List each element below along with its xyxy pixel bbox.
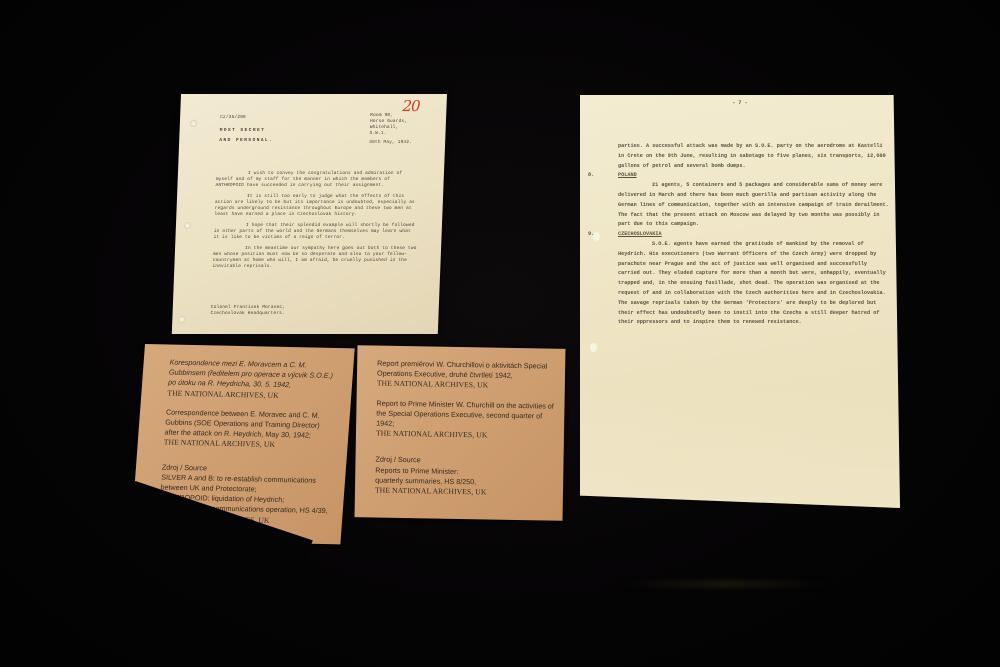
report-body: parties. A successful attack was made by…	[618, 142, 890, 328]
letter-body: I wish to convey the congratulations and…	[212, 171, 421, 275]
churchill-report-document: - 7 - parties. A successful attack was m…	[580, 95, 900, 508]
label-archive-credit: THE NATIONAL ARCHIVES, UK	[376, 429, 554, 442]
handwritten-page-mark: 20	[402, 103, 419, 109]
punch-hole	[178, 316, 185, 323]
letter-date: 30th May, 1942.	[369, 140, 412, 146]
punch-hole	[590, 343, 597, 352]
exhibit-label-right: Report premiérovi W. Churchillovi o akti…	[355, 345, 566, 521]
exhibit-label-left: Korespondence mezi E. Moravcem a C. M. G…	[131, 344, 355, 544]
letter-classification: MOST SECRET AND PERSONAL.	[219, 128, 274, 148]
label-archive-credit: THE NATIONAL ARCHIVES, UK	[375, 486, 553, 499]
label-english-caption: Correspondence between E. Moravec and C.…	[164, 407, 336, 441]
punch-hole	[190, 120, 197, 127]
letter-address: Room 98, Horse Guards, Whitehall, S.W.1.	[369, 113, 440, 137]
label-english-caption: Report to Prime Minister W. Churchill on…	[376, 398, 555, 432]
punch-hole	[184, 222, 191, 229]
report-page-number: - 7 -	[580, 99, 900, 109]
report-section-text: S.O.E. agents have earned the gratitude …	[618, 240, 890, 328]
glass-reflection	[620, 580, 830, 588]
report-opening-paragraph: parties. A successful attack was made by…	[618, 142, 890, 171]
moravec-letter-document: 20 Cz/35/286 MOST SECRET AND PERSONAL. R…	[172, 94, 447, 334]
label-archive-credit: THE NATIONAL ARCHIVES, UK	[167, 388, 338, 402]
label-archive-credit: THE NATIONAL ARCHIVES, UK	[377, 379, 555, 392]
letter-signature: Colonel Frantisek Moravec, Czechoslovak …	[210, 305, 285, 317]
report-section-text: 21 agents, 5 containers and 5 packages a…	[618, 181, 890, 230]
letter-reference: Cz/35/286	[220, 115, 246, 121]
report-section-czechoslovakia: 9. CZECHOSLOVAKIA	[618, 230, 890, 240]
label-czech-caption: Korespondence mezi E. Moravcem a C. M. G…	[168, 358, 340, 392]
report-section-poland: 8. POLAND	[618, 171, 890, 181]
